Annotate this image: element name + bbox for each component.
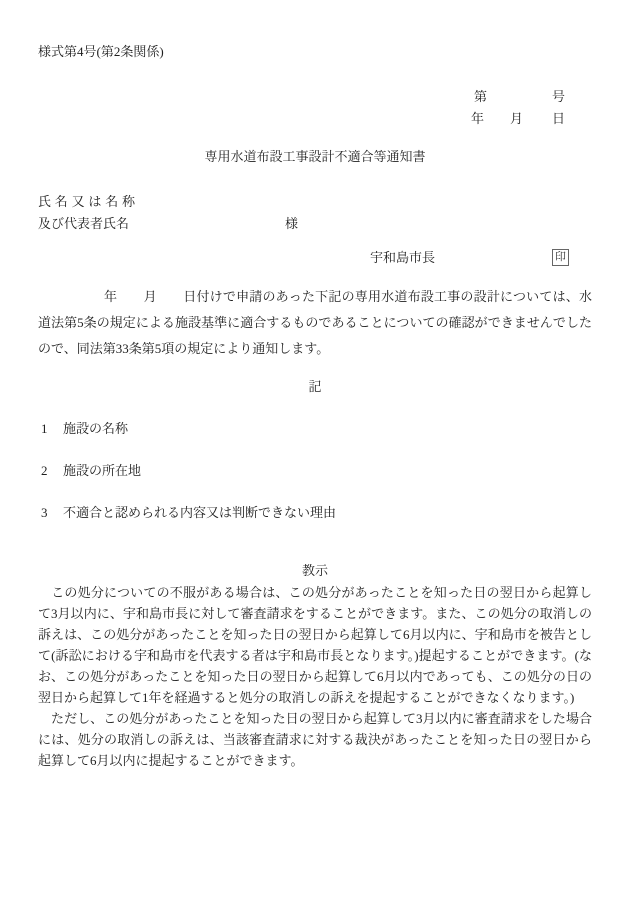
day-label: 日 [552, 111, 565, 126]
document-title: 専用水道布設工事設計不適合等通知書 [38, 146, 592, 167]
list-item-facility-location: 2施設の所在地 [38, 460, 592, 481]
item-label: 施設の名称 [63, 421, 128, 436]
month-label: 月 [510, 111, 523, 126]
item-list: 1施設の名称 2施設の所在地 3不適合と認められる内容又は判断できない理由 [38, 418, 592, 523]
addressee-block: 氏名又は名称 及び代表者氏名 様 [38, 191, 592, 235]
doc-meta: 第号 年月日 [38, 86, 592, 130]
kyoji-paragraph-1: この処分についての不服がある場合は、この処分があったことを知った日の翌日から起算… [38, 582, 592, 708]
document-page: 様式第4号(第2条関係) 第号 年月日 専用水道布設工事設計不適合等通知書 氏名… [0, 0, 630, 903]
seal-stamp: 印 [552, 249, 569, 266]
doc-number-line: 第号 [474, 86, 565, 108]
mayor-name: 宇和島市長 [370, 247, 435, 268]
date-line: 年月日 [471, 108, 565, 130]
list-item-facility-name: 1施設の名称 [38, 418, 592, 439]
item-label: 施設の所在地 [63, 463, 141, 478]
item-number: 3 [38, 502, 63, 523]
sender-line: 宇和島市長 印 [38, 247, 592, 268]
honorific-sama: 様 [285, 213, 298, 235]
kyoji-paragraph-2: ただし、この処分があったことを知った日の翌日から起算して3月以内に審査請求をした… [38, 708, 592, 771]
body-paragraph: 年 月 日付けで申請のあった下記の専用水道布設工事の設計については、水道法第5条… [38, 284, 592, 362]
doc-number-suffix: 号 [552, 89, 565, 104]
item-label: 不適合と認められる内容又は判断できない理由 [63, 505, 336, 520]
item-number: 2 [38, 460, 63, 481]
form-number: 様式第4号(第2条関係) [38, 42, 592, 62]
kyoji-heading: 教示 [38, 560, 592, 581]
list-item-nonconformity-reason: 3不適合と認められる内容又は判断できない理由 [38, 502, 592, 523]
year-label: 年 [471, 111, 484, 126]
doc-number-prefix: 第 [474, 89, 487, 104]
item-number: 1 [38, 418, 63, 439]
ki-heading: 記 [38, 376, 592, 397]
addressee-name-label: 氏名又は名称 [38, 191, 135, 213]
addressee-representative-label: 及び代表者氏名 [38, 213, 592, 235]
